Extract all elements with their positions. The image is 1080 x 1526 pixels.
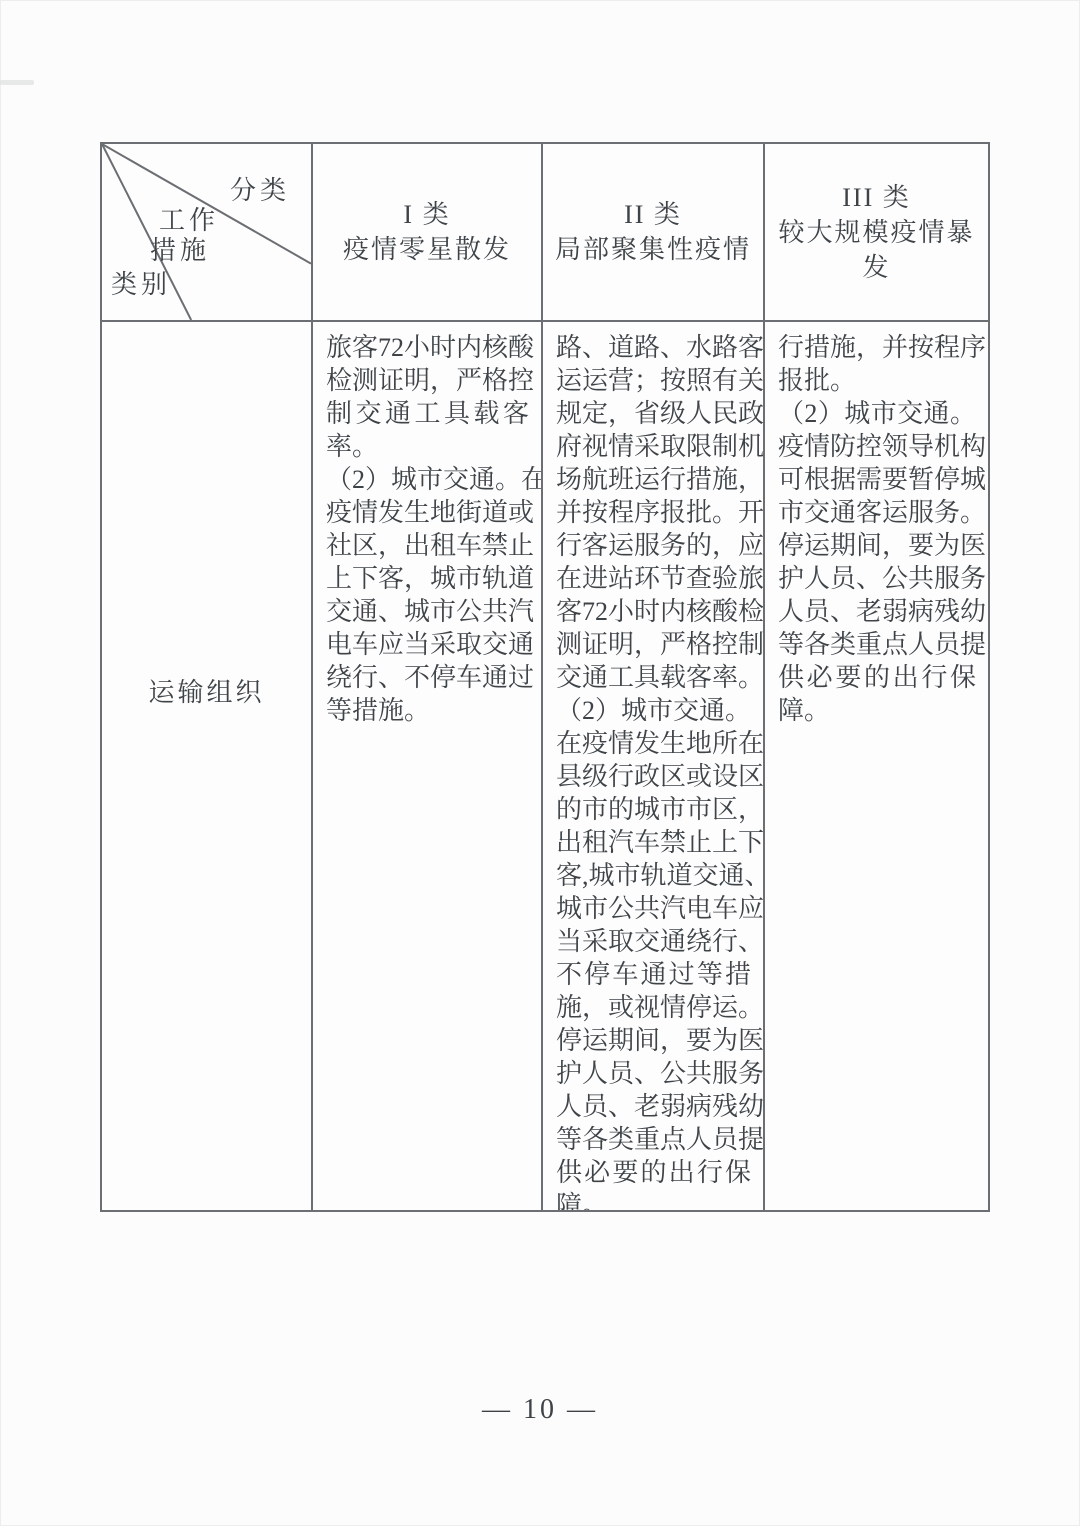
text-line: 供必要的出行保 xyxy=(556,1156,751,1189)
text-line: 障。 xyxy=(556,1189,751,1210)
table-body-row: 运输组织 旅客72小时内核酸检测证明，严格控制交通工具载客率。（2）城市交通。在… xyxy=(102,322,988,1210)
work-measures-label-line1: 工作 xyxy=(159,206,219,236)
text-line: 护人员、公共服务 xyxy=(778,562,976,595)
text-line: 等措施。 xyxy=(326,694,529,727)
text-line: 出租汽车禁止上下 xyxy=(556,826,751,859)
text-line: 不停车通过等措 xyxy=(556,958,751,991)
column-name: 较大规模疫情暴发 xyxy=(765,215,988,285)
text-line: 交通、城市公共汽 xyxy=(326,595,529,628)
text-line: 路、道路、水路客 xyxy=(556,331,751,364)
text-line: 疫情发生地街道或 xyxy=(326,496,529,529)
text-line: 行措施，并按程序 xyxy=(778,331,976,364)
text-line: 城市公共汽电车应 xyxy=(556,892,751,925)
text-line: 行客运服务的，应 xyxy=(556,529,751,562)
text-line: 的市的城市市区， xyxy=(556,793,751,826)
text-line: 人员、老弱病残幼 xyxy=(778,595,976,628)
text-line: 护人员、公共服务 xyxy=(556,1057,751,1090)
row-label: 运输组织 xyxy=(102,672,311,709)
corner-header-cell: 分类 工作 措施 类别 xyxy=(102,144,313,322)
text-line: 在疫情发生地所在 xyxy=(556,727,751,760)
text-line: （2）城市交通。 xyxy=(778,397,976,430)
text-line: 测证明，严格控制 xyxy=(556,628,751,661)
text-line: 旅客72小时内核酸 xyxy=(326,331,529,364)
scan-artifact xyxy=(0,80,34,85)
column-header-tier1: I 类 疫情零星散发 xyxy=(313,144,543,322)
text-line: 当采取交通绕行、 xyxy=(556,925,751,958)
text-line: 供必要的出行保 xyxy=(778,661,976,694)
column-name: 局部聚集性疫情 xyxy=(555,232,751,267)
row-label-cell: 运输组织 xyxy=(102,322,313,1210)
text-line: 客,城市轨道交通、 xyxy=(556,859,751,892)
column-name: 疫情零星散发 xyxy=(343,232,511,267)
tier-label: II 类 xyxy=(624,197,682,232)
cell-tier3-measures: 行措施，并按程序报批。（2）城市交通。疫情防控领导机构可根据需要暂停城市交通客运… xyxy=(765,322,988,1210)
text-line: 可根据需要暂停城 xyxy=(778,463,976,496)
text-line: 电车应当采取交通 xyxy=(326,628,529,661)
text-line: 报批。 xyxy=(778,364,976,397)
text-line: 停运期间，要为医 xyxy=(556,1024,751,1057)
text-line: 客72小时内核酸检 xyxy=(556,595,751,628)
text-line: 等各类重点人员提 xyxy=(556,1123,751,1156)
work-measures-label-line2: 措施 xyxy=(150,236,210,266)
text-line: 运运营；按照有关 xyxy=(556,364,751,397)
page-number: — 10 — xyxy=(0,1394,1080,1426)
text-line: （2）城市交通。 xyxy=(556,694,751,727)
text-line: 府视情采取限制机 xyxy=(556,430,751,463)
cell-tier1-measures: 旅客72小时内核酸检测证明，严格控制交通工具载客率。（2）城市交通。在疫情发生地… xyxy=(313,322,543,1210)
text-line: 社区，出租车禁止 xyxy=(326,529,529,562)
text-line: 交通工具载客率。 xyxy=(556,661,751,694)
classification-label: 分类 xyxy=(230,176,290,206)
text-line: 上下客，城市轨道 xyxy=(326,562,529,595)
text-line: 检测证明，严格控 xyxy=(326,364,529,397)
tier-label: III 类 xyxy=(842,180,910,215)
text-line: 人员、老弱病残幼 xyxy=(556,1090,751,1123)
category-label: 类别 xyxy=(111,270,171,300)
text-line: 在进站环节查验旅 xyxy=(556,562,751,595)
text-line: 场航班运行措施， xyxy=(556,463,751,496)
text-line: 并按程序报批。开 xyxy=(556,496,751,529)
column-header-tier3: III 类 较大规模疫情暴发 xyxy=(765,144,988,322)
text-line: 疫情防控领导机构 xyxy=(778,430,976,463)
text-line: 停运期间，要为医 xyxy=(778,529,976,562)
text-line: 绕行、不停车通过 xyxy=(326,661,529,694)
text-line: 率。 xyxy=(326,430,529,463)
text-line: 施，或视情停运。 xyxy=(556,991,751,1024)
cell-tier2-measures: 路、道路、水路客运运营；按照有关规定，省级人民政府视情采取限制机场航班运行措施，… xyxy=(543,322,765,1210)
column-header-tier2: II 类 局部聚集性疫情 xyxy=(543,144,765,322)
text-line: 县级行政区或设区 xyxy=(556,760,751,793)
text-line: 制交通工具载客 xyxy=(326,397,529,430)
text-line: 规定，省级人民政 xyxy=(556,397,751,430)
measures-table: 分类 工作 措施 类别 I 类 疫情零星散发 II 类 局部聚集性疫情 III … xyxy=(100,142,990,1212)
text-line: 市交通客运服务。 xyxy=(778,496,976,529)
text-line: 等各类重点人员提 xyxy=(778,628,976,661)
text-line: 障。 xyxy=(778,694,976,727)
text-line: （2）城市交通。在 xyxy=(326,463,529,496)
tier-label: I 类 xyxy=(403,197,450,232)
document-page: 分类 工作 措施 类别 I 类 疫情零星散发 II 类 局部聚集性疫情 III … xyxy=(0,0,1080,1526)
table-header-row: 分类 工作 措施 类别 I 类 疫情零星散发 II 类 局部聚集性疫情 III … xyxy=(102,144,988,322)
